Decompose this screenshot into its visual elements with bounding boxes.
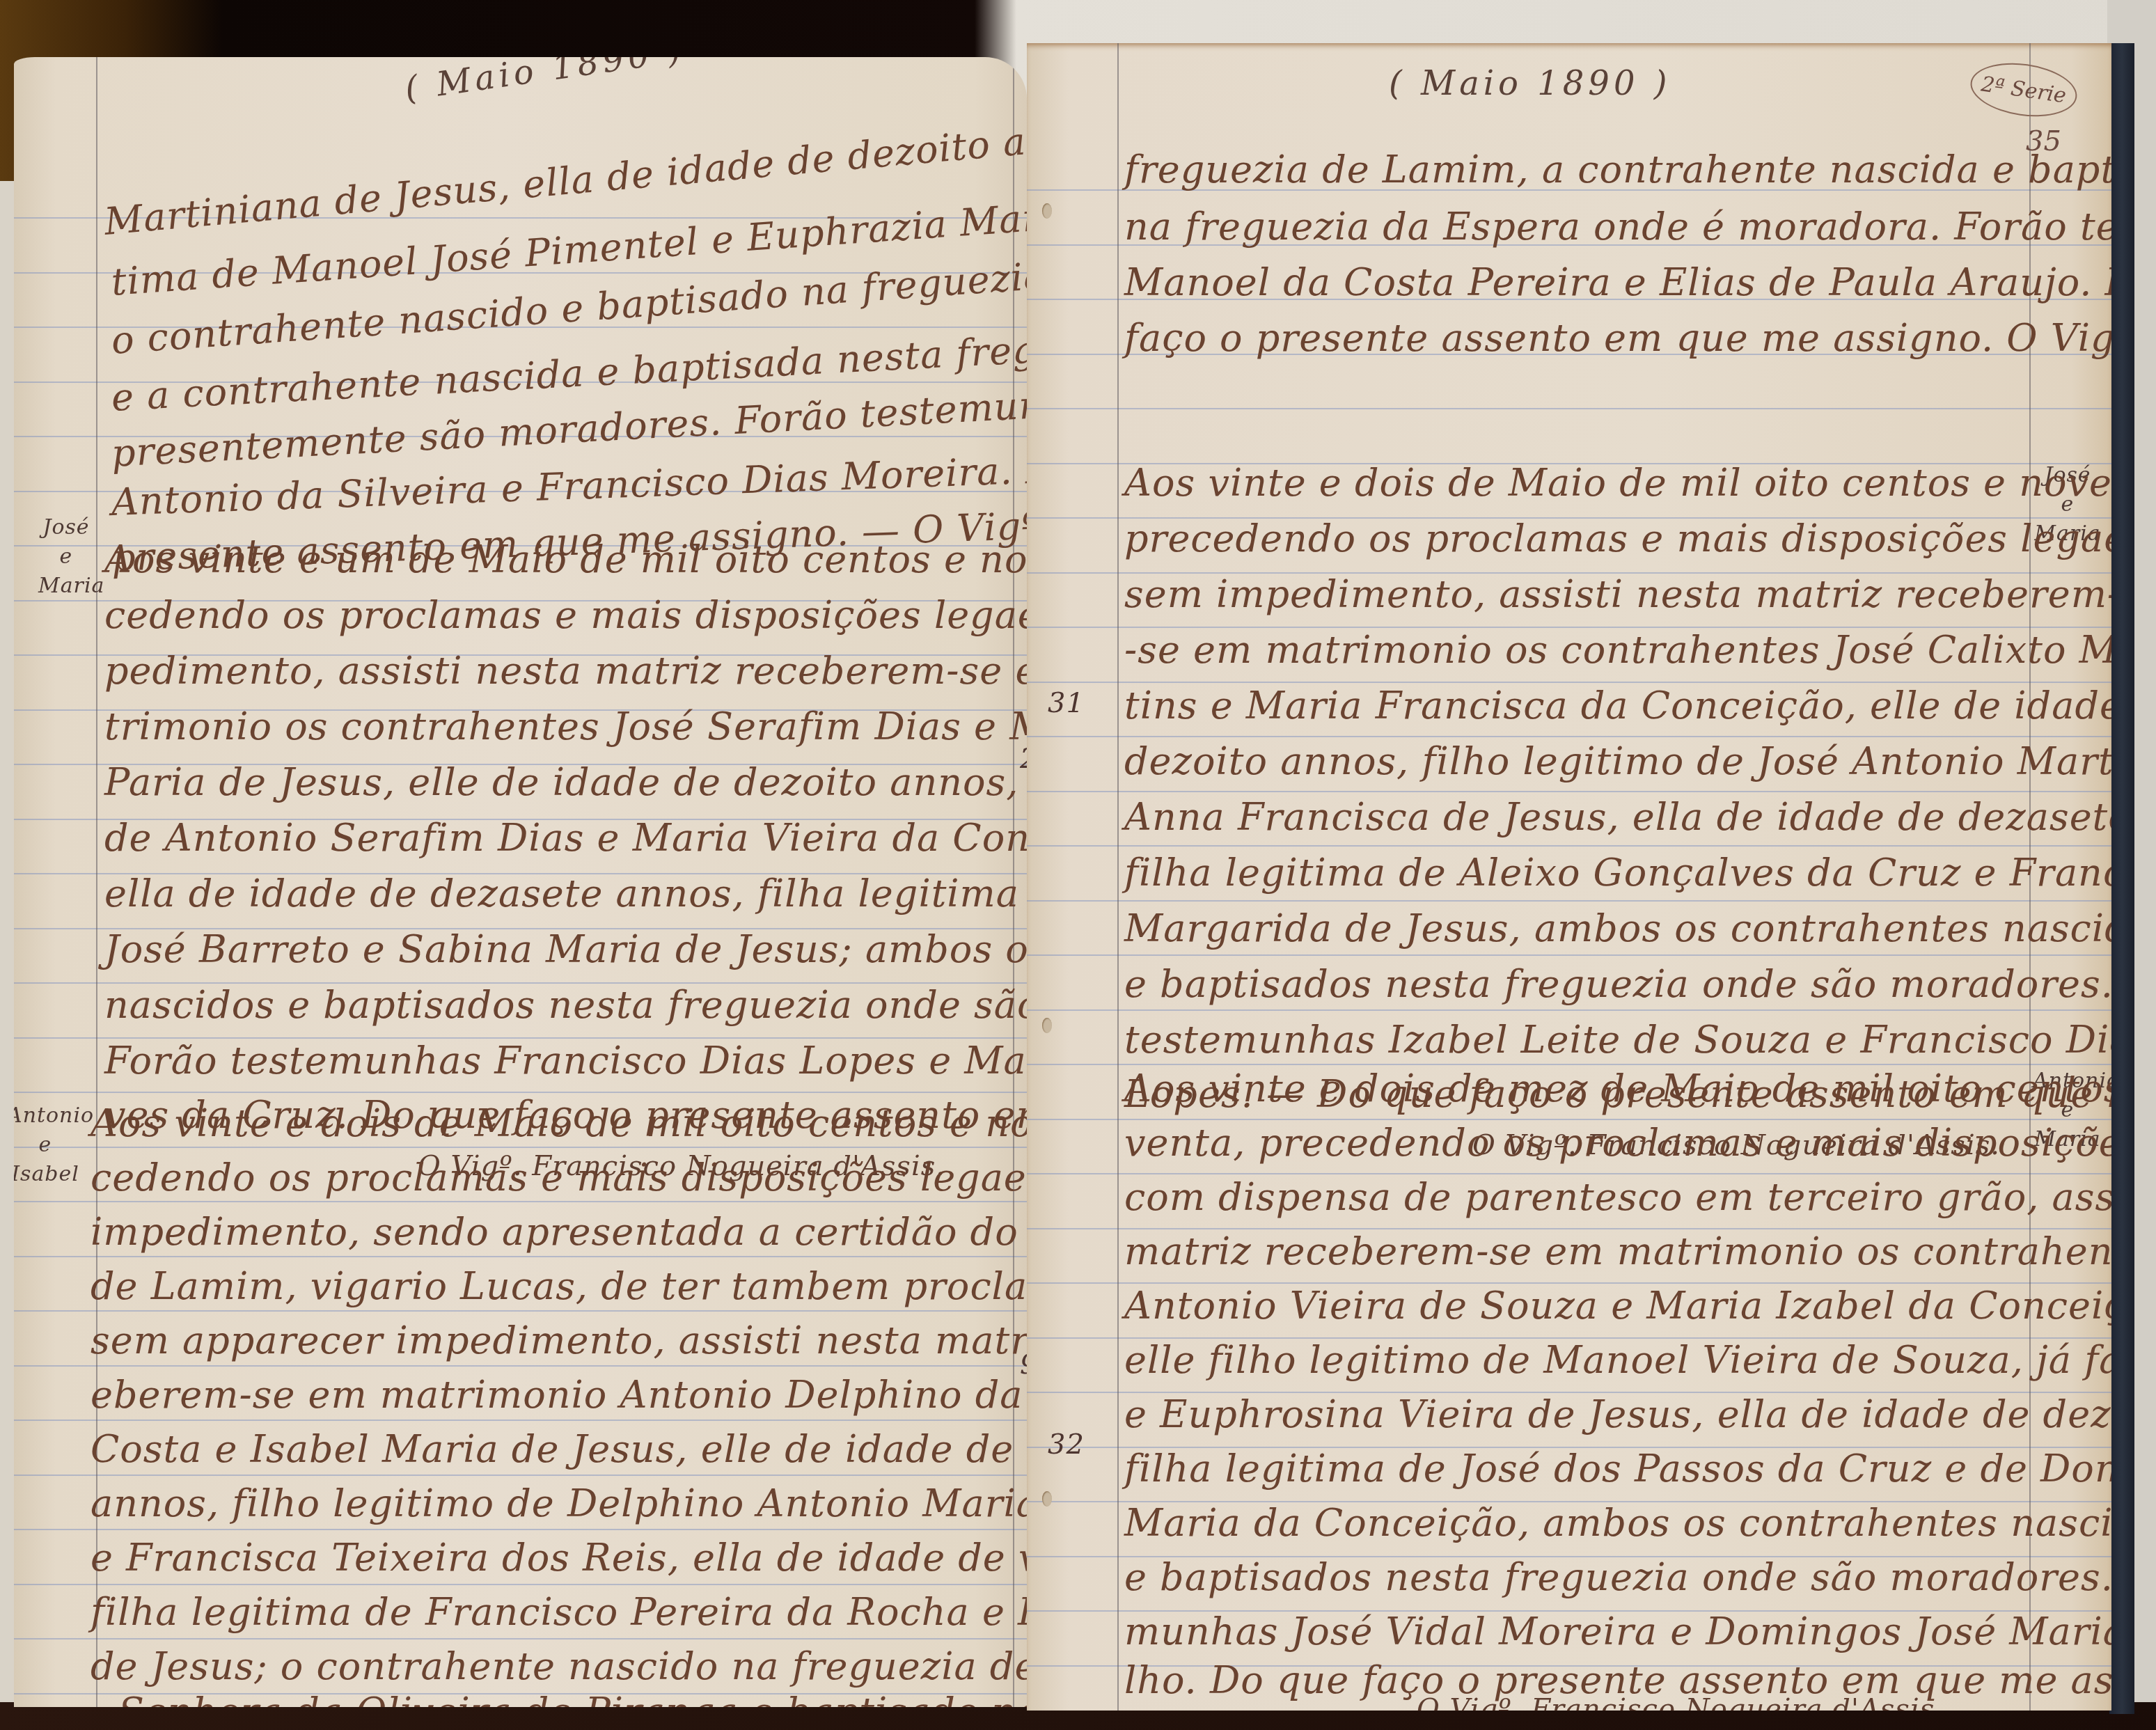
text-line: faço o presente assento em que me assign… (1124, 316, 2111, 360)
page-header-date: ( Maio 1890 ) (1389, 64, 1671, 103)
text-line: filha legitima de José dos Passos da Cru… (1124, 1447, 2111, 1491)
text-line: venta, precedendo os proclamas e mais di… (1124, 1121, 2111, 1165)
ruled-line (14, 1310, 1027, 1312)
margin-note-line: Maria (38, 572, 94, 601)
text-line: trimonio os contrahentes José Serafim Di… (104, 705, 1027, 748)
text-line: cedendo os proclamas e mais disposições … (91, 1156, 1027, 1200)
margin-note-line: e (38, 542, 94, 572)
ruled-line (1027, 682, 2111, 683)
text-line: sem impedimento, assisti nesta matriz re… (1124, 572, 2111, 616)
text-line: José Barreto e Sabina Maria de Jesus; am… (104, 927, 1027, 971)
punch-hole (1042, 1018, 1052, 1033)
text-line: munhas José Vidal Moreira e Domingos Jos… (1124, 1610, 2111, 1653)
text-line: Anna Francisca de Jesus, ella de idade d… (1124, 795, 2111, 839)
entry-number: 31 (1048, 687, 1085, 719)
ruled-line (1027, 408, 2111, 409)
text-line: elle filho legitimo de Manoel Vieira de … (1124, 1338, 2111, 1382)
seal-text: 2ª Serie (1980, 72, 2068, 108)
margin-note-line: e (14, 1131, 84, 1160)
book-cover-edge (2109, 43, 2134, 1714)
text-line: de Jesus; o contrahente nascido na fregu… (91, 1644, 1027, 1688)
text-line: Antonio Vieira de Souza e Maria Izabel d… (1124, 1284, 2111, 1328)
ruled-line (1027, 900, 2111, 902)
text-line: filha legitima de Francisco Pereira da R… (91, 1590, 1027, 1634)
text-line: matriz receberem-se em matrimonio os con… (1124, 1229, 2111, 1273)
text-line: cedendo os proclamas e mais disposições … (104, 593, 1027, 637)
margin-note-line: Antonio (14, 1101, 84, 1131)
text-line: Aos vinte e dois de Maio de mil oito cen… (1124, 461, 2111, 505)
left-page: ( Maio 1890 ) Martiniana de Jesus, ella … (14, 57, 1027, 1707)
margin-note-names: José e Maria (38, 513, 94, 601)
ruled-line (14, 1256, 1027, 1257)
ruled-line (14, 1584, 1027, 1585)
ruled-line (1027, 736, 2111, 737)
text-line: ella de idade de dezasete annos, filha l… (104, 872, 1027, 915)
text-line: Senhora da Oliveira de Piranga e baptisa… (118, 1690, 1027, 1707)
text-line: testemunhas Izabel Leite de Souza e Fran… (1124, 1018, 2111, 1062)
text-line: de Antonio Serafim Dias e Maria Vieira d… (104, 816, 1027, 860)
text-line: Forão testemunhas Francisco Dias Lopes e… (104, 1039, 1027, 1083)
ruled-line (14, 1529, 1027, 1530)
ruled-line (14, 1420, 1027, 1421)
text-line: tins e Maria Francisca da Conceição, ell… (1124, 684, 2111, 728)
text-line: Aos vinte e dois de Maio de mil oito cen… (91, 1101, 1027, 1145)
ruled-line (1027, 1173, 2111, 1174)
ruled-line (1027, 1064, 2111, 1065)
right-page: ( Maio 1890 ) 2ª Serie 35 freguezia de L… (1027, 43, 2111, 1711)
text-line: Costa e Isabel Maria de Jesus, elle de i… (91, 1427, 1027, 1471)
margin-note-names: Antonio e Isabel (14, 1101, 84, 1189)
ruled-line (14, 1638, 1027, 1639)
text-line: e baptisados nesta freguezia onde são mo… (1124, 1555, 2111, 1599)
entry-number: 32 (1048, 1429, 1085, 1461)
text-line: e baptisados nesta freguezia onde são mo… (1124, 962, 2111, 1006)
text-line: Aos vinte e um de Maio de mil oito cento… (104, 537, 1027, 581)
text-line: na freguezia da Espera onde é moradora. … (1124, 205, 2111, 249)
margin-note-line: Isabel (14, 1160, 84, 1189)
text-line: dezoito annos, filho legitimo de José An… (1124, 739, 2111, 783)
text-line: de Lamim, vigario Lucas, de ter tambem p… (91, 1264, 1027, 1308)
text-line: nascidos e baptisados nesta freguezia on… (104, 983, 1027, 1027)
text-line: com dispensa de parentesco em terceiro g… (1124, 1175, 2111, 1219)
ruled-line (1027, 791, 2111, 792)
ruled-line (1027, 1119, 2111, 1120)
text-line: Margarida de Jesus, ambos os contrahente… (1124, 906, 2111, 950)
text-line: Maria da Conceição, ambos os contrahente… (1124, 1501, 2111, 1545)
vicar-signature: O Vigº. Francisco Nogueira d'Assis. (1417, 1693, 1944, 1711)
text-line: annos, filho legitimo de Delphino Antoni… (91, 1481, 1027, 1525)
text-line: -se em matrimonio os contrahentes José C… (1124, 628, 2111, 672)
text-line: Manoel da Costa Pereira e Elias de Paula… (1124, 260, 2111, 304)
ruled-line (1027, 954, 2111, 956)
punch-hole (1042, 203, 1052, 219)
text-line: e Euphrosina Vieira de Jesus, ella de id… (1124, 1392, 2111, 1436)
punch-hole (1042, 1491, 1052, 1507)
text-line: precedendo os proclamas e mais disposiçõ… (1124, 517, 2111, 560)
left-margin-line (1117, 43, 1119, 1711)
ruled-line (14, 1475, 1027, 1476)
ruled-line (1027, 845, 2111, 847)
text-line: pedimento, assisti nesta matriz recebere… (104, 649, 1027, 693)
ruled-line (14, 1201, 1027, 1202)
register-seal-stamp: 2ª Serie (1967, 57, 2081, 123)
text-line: Aos vinte e dois de mez de Maio de mil o… (1124, 1067, 2111, 1110)
ruled-line (14, 1365, 1027, 1367)
text-line: filha legitima de Aleixo Gonçalves da Cr… (1124, 851, 2111, 895)
text-line: sem apparecer impedimento, assisti nesta… (91, 1319, 1027, 1362)
text-line: impedimento, sendo apresentada a certidã… (91, 1210, 1027, 1254)
text-line: freguezia de Lamim, a contrahente nascid… (1124, 148, 2111, 191)
text-line: eberem-se em matrimonio Antonio Delphino… (91, 1373, 1023, 1417)
margin-note-line: José (38, 513, 94, 542)
ruled-line (1027, 1009, 2111, 1011)
ruled-line (14, 1147, 1027, 1148)
text-line: Paria de Jesus, elle de idade de dezoito… (104, 760, 1027, 804)
page-header-date: ( Maio 1890 ) (402, 57, 687, 109)
text-line: e Francisca Teixeira dos Reis, ella de i… (91, 1536, 1027, 1580)
